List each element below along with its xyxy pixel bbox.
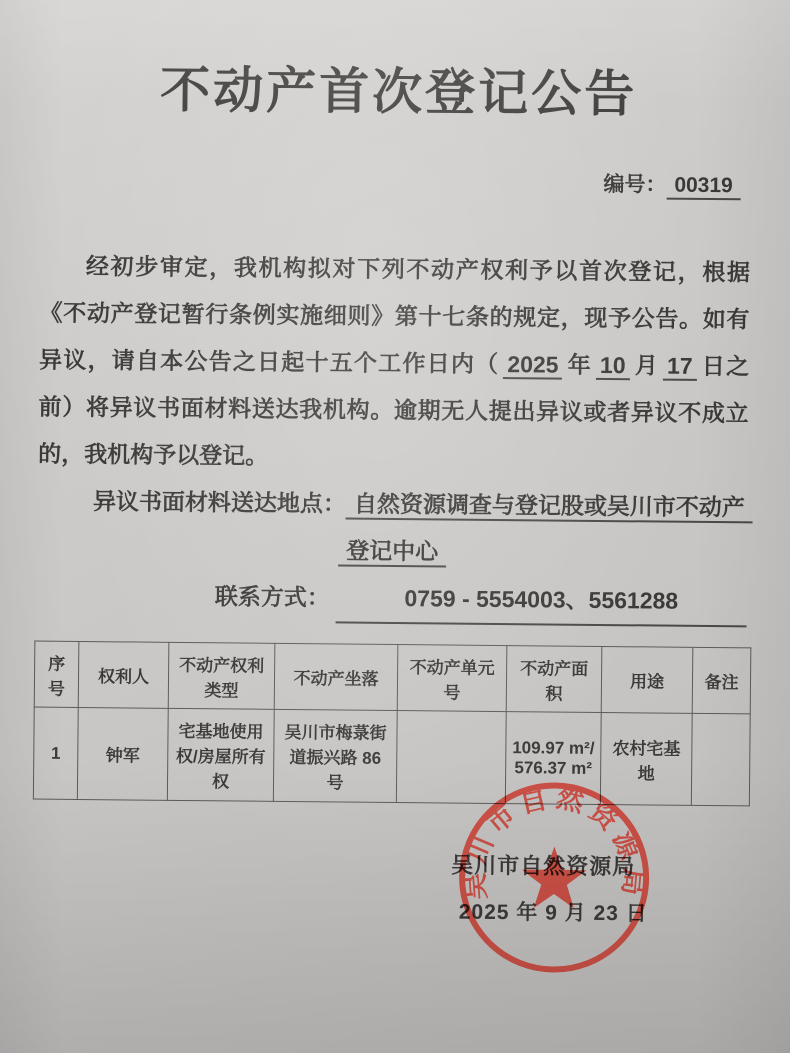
table-row: 1 钟军 宅基地使用权/房屋所有权 吴川市梅菉街道振兴路 86 号 109.97…	[33, 707, 750, 806]
body-block: 经初步审定，我机构拟对下列不动产权利予以首次登记，根据《不动产登记暂行条例实施细…	[37, 243, 751, 628]
cell-seq: 1	[33, 707, 78, 799]
header-holder: 权利人	[78, 641, 169, 708]
header-remark: 备注	[692, 647, 751, 714]
deadline-month: 10	[596, 352, 630, 380]
header-right-type: 不动产权利类型	[168, 642, 275, 709]
table-header-row: 序号 权利人 不动产权利类型 不动产坐落 不动产单元号 不动产面积 用途 备注	[34, 641, 751, 714]
cell-remark	[691, 713, 750, 806]
cell-area: 109.97 m²/ 576.37 m²	[505, 712, 601, 805]
contact-label: 联系方式：	[215, 573, 330, 623]
delivery-label: 异议书面材料送达地点：	[93, 488, 346, 516]
serial-value: 00319	[666, 174, 741, 201]
serial-row: 编号：00319	[3, 162, 741, 199]
registration-table: 序号 权利人 不动产权利类型 不动产坐落 不动产单元号 不动产面积 用途 备注 …	[33, 641, 751, 807]
cell-location: 吴川市梅菉街道振兴路 86 号	[273, 709, 397, 802]
delivery-value-line2: 登记中心	[338, 537, 446, 567]
delivery-value-line1: 自然资源调查与登记股或吴川市不动产	[346, 491, 753, 524]
page-title: 不动产首次登记公告	[3, 48, 790, 128]
serial-label: 编号：	[603, 173, 666, 197]
header-seq: 序号	[34, 641, 79, 707]
cell-holder: 钟军	[77, 707, 168, 800]
announcement-paragraph: 经初步审定，我机构拟对下列不动产权利予以首次登记，根据《不动产登记暂行条例实施细…	[38, 243, 750, 485]
signature-block: 吴川市自然资源局 2025 年 9 月 23 日	[451, 849, 712, 928]
cell-unit-no	[396, 711, 506, 804]
header-usage: 用途	[601, 646, 693, 713]
contact-line: 联系方式： 0759 - 5554003、5561288	[37, 572, 747, 628]
cell-right-type: 宅基地使用权/房屋所有权	[167, 708, 274, 801]
delivery-location-line: 异议书面材料送达地点：自然资源调查与登记股或吴川市不动产	[37, 478, 747, 532]
footer-date: 2025 年 9 月 23 日	[459, 896, 711, 928]
deadline-year: 2025	[503, 351, 562, 380]
footer-org: 吴川市自然资源局	[451, 849, 711, 882]
header-unit-no: 不动产单元号	[397, 645, 507, 712]
deadline-day: 17	[663, 353, 697, 381]
header-location: 不动产坐落	[274, 643, 398, 710]
header-area: 不动产面积	[506, 646, 602, 713]
cell-usage: 农村宅基地	[600, 712, 692, 805]
delivery-location-line2: 登记中心	[37, 525, 747, 579]
year-unit: 年	[566, 352, 592, 378]
month-unit: 月	[633, 352, 659, 378]
contact-value: 0759 - 5554003、5561288	[336, 574, 747, 627]
document-photo: 不动产首次登记公告 编号：00319 经初步审定，我机构拟对下列不动产权利予以首…	[0, 0, 790, 1053]
paper-sheet: 不动产首次登记公告 编号：00319 经初步审定，我机构拟对下列不动产权利予以首…	[0, 0, 790, 1053]
